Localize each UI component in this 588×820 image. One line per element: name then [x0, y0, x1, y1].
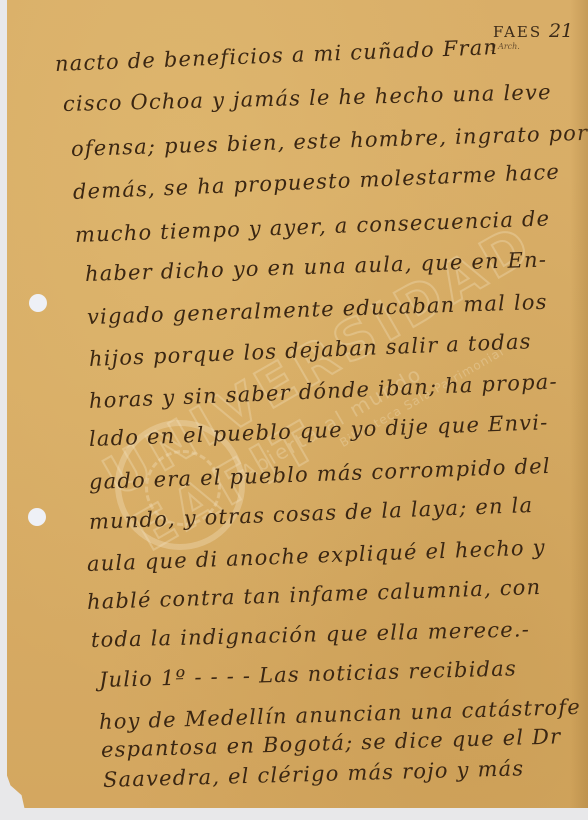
manuscript-line: Saavedra, el clérigo más rojo y más — [103, 756, 525, 792]
archive-code: FAES — [493, 23, 542, 41]
manuscript-line: ofensa; pues bien, este hombre, ingrato … — [71, 121, 588, 161]
manuscript-line: lado en el pueblo que yo dije que Envi- — [89, 410, 549, 451]
manuscript-line: horas y sin saber dónde iban; ha propa- — [88, 369, 558, 413]
manuscript-line: demás, se ha propuesto molestarme hace — [72, 160, 560, 204]
manuscript-line: toda la indignación que ella merece.- — [91, 617, 531, 652]
punch-hole-bottom — [28, 508, 46, 526]
manuscript-line: cisco Ochoa y jamás le he hecho una leve — [63, 80, 552, 116]
manuscript-line: mucho tiempo y ayer, a consecuencia de — [75, 206, 551, 247]
manuscript-line: hablé contra tan infame calumnia, con — [87, 575, 542, 614]
manuscript-line: haber dicho yo en una aula, que en En- — [85, 247, 548, 286]
punch-hole-top — [29, 294, 47, 312]
manuscript-line: hijos porque los dejaban salir a todas — [89, 329, 533, 371]
manuscript-line: vigado generalmente educaban mal los — [87, 290, 548, 329]
manuscript-page: UNIVERSIDAD EAFIT Abierta al mundo Bibli… — [7, 0, 588, 808]
archive-stamp: FAES 21 — [493, 20, 573, 42]
document-viewer: UNIVERSIDAD EAFIT Abierta al mundo Bibli… — [0, 0, 588, 820]
manuscript-line: Julio 1º - - - - Las noticias recibidas — [99, 656, 518, 692]
page-number: 21 — [549, 20, 573, 42]
manuscript-line: nacto de beneficios a mi cuñado Fran — [55, 35, 499, 76]
